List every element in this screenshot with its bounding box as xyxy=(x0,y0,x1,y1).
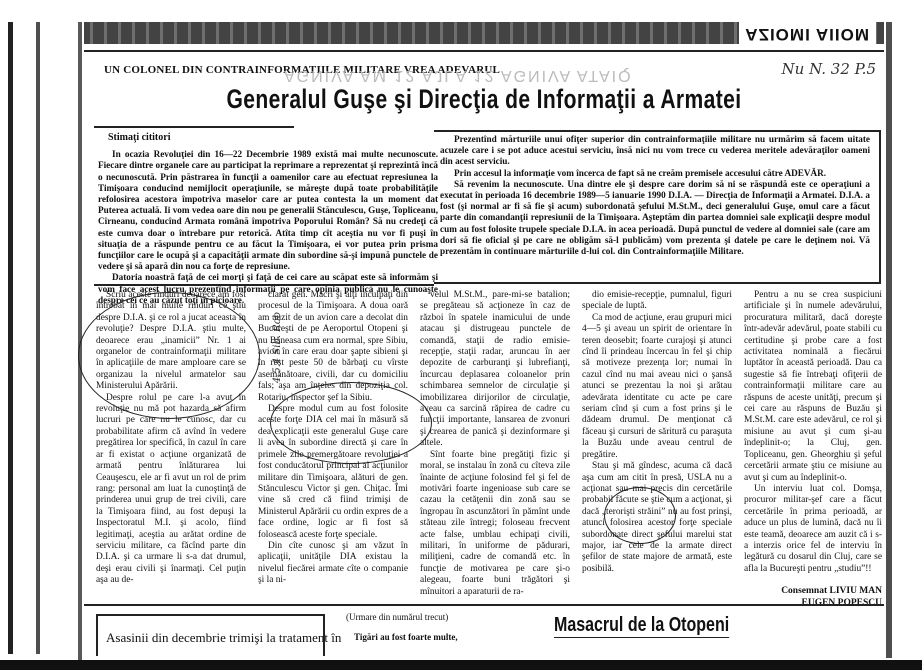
headline-rule-left xyxy=(94,126,294,128)
handwritten-reference: Nu N. 32 P.5 xyxy=(782,60,876,78)
masthead-rule xyxy=(84,50,884,52)
column-5: Pentru a nu se crea suspiciuni artificia… xyxy=(744,290,882,609)
scan-edge-left xyxy=(8,22,13,654)
intro-right: Prezentînd mărturiile unui ofiţer superi… xyxy=(440,134,870,257)
continuation-note: (Urmare din numărul trecut) xyxy=(346,612,448,622)
intro-paragraph: Să revenim la necunoscute. Una dintre el… xyxy=(440,179,870,257)
newspaper-page: AZIOMI AIIOM UN COLONEL DIN CONTRAINFORM… xyxy=(84,22,884,657)
column-paragraph: velul M.St.M., pare-mi-se batalion; se p… xyxy=(420,290,570,450)
pen-circle-annotation xyxy=(78,292,260,419)
byline-author: LIVIU MAN xyxy=(829,586,882,596)
article-headline: Generalul Guşe şi Direcţia de Informaţii… xyxy=(172,84,796,115)
margin-handwritten-note: 4.5.4 Sib. Rob xyxy=(272,312,283,383)
bleed-through-text: AGNIVA AM 12 AJLA 12 AGNIVA ATAIQ xyxy=(284,66,633,84)
column-paragraph: Despre rolul pe care l-a avut în revoluţ… xyxy=(96,393,246,587)
column-paragraph: Pentru a nu se crea suspiciuni artificia… xyxy=(744,290,882,484)
intro-paragraph: Prezentînd mărturiile unui ofiţer superi… xyxy=(440,134,870,168)
column-paragraph: dio emisie-recepţie, pumnalul, figuri sp… xyxy=(582,290,732,313)
pen-circle-annotation xyxy=(604,487,676,544)
bottom-headline-right: Masacrul de la Otopeni xyxy=(554,614,729,638)
intro-paragraph: In ocazia Revoluţiei din 16—22 Decembrie… xyxy=(98,149,438,272)
page-right-border xyxy=(886,22,892,658)
column-paragraph: Sînt foarte bine pregătiţi fizic şi mora… xyxy=(420,450,570,598)
scan-fold-line xyxy=(36,22,40,654)
column-paragraph: Ca mod de acţiune, erau grupuri mici 4—5… xyxy=(582,313,732,461)
column-paragraph: Un interviu luat col. Domşa, procuror mi… xyxy=(744,484,882,575)
pen-circle-annotation xyxy=(270,382,432,464)
bottom-rule xyxy=(84,604,884,606)
byline-label: Consemnat xyxy=(781,586,827,596)
continuation-first-line: Tigări au fost foarte multe, xyxy=(354,632,458,642)
masthead-title: AZIOMI AIIOM xyxy=(739,22,876,46)
scan-bottom-edge xyxy=(0,660,922,670)
greeting: Stimaţi cititori xyxy=(98,132,438,143)
intro-paragraph: Prin accesul la informaţie vom încerca d… xyxy=(440,168,870,179)
column-3: velul M.St.M., pare-mi-se batalion; se p… xyxy=(420,290,570,598)
intro-left: Stimaţi cititori In ocazia Revoluţiei di… xyxy=(98,132,438,306)
column-paragraph: Din cîte cunosc şi am văzut în aplicaţii… xyxy=(258,541,408,587)
bottom-headline-left: Asasinii din decembrie trimişi la tratam… xyxy=(106,630,341,646)
section-rule xyxy=(94,284,434,286)
